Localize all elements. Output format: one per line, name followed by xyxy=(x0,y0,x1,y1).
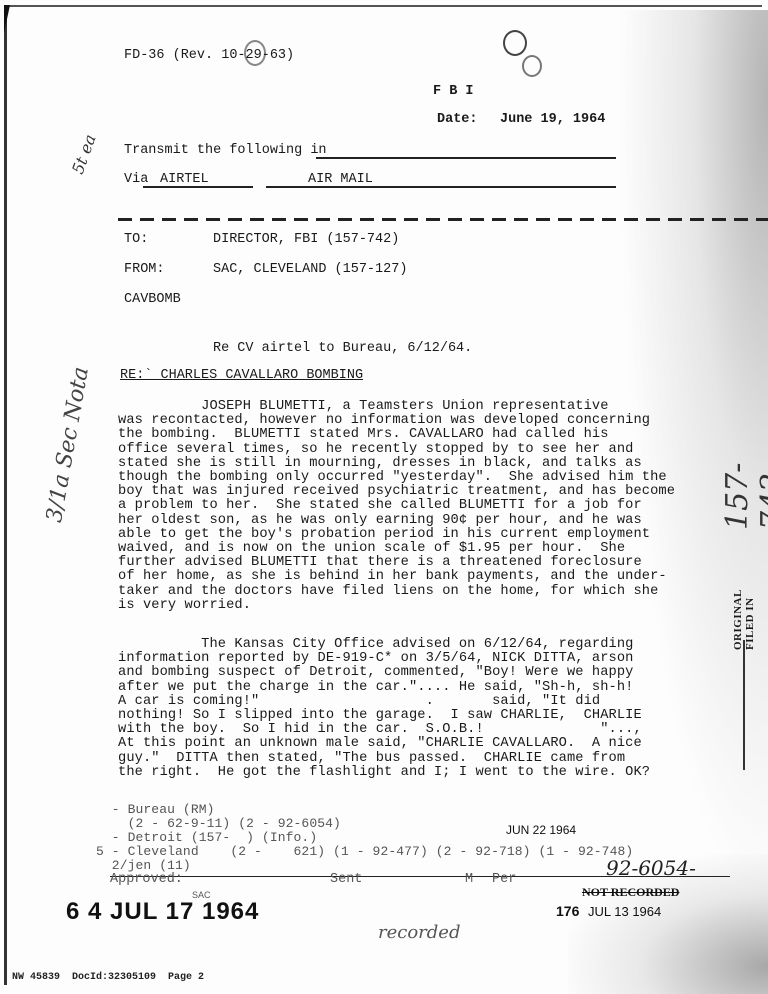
distribution-list: - Bureau (RM) (2 - 62-9-11) (2 - 92-6054… xyxy=(96,803,633,873)
text-line: nothing! So I slipped into the garage. I… xyxy=(118,709,650,723)
text-line: JOSEPH BLUMETTI, a Teamsters Union repre… xyxy=(118,400,675,414)
text-line: boy that was injured received psychiatri… xyxy=(118,485,675,499)
recorded-date: JUL 13 1964 xyxy=(588,904,661,919)
text-line: office several times, so he recently sto… xyxy=(118,443,675,457)
code-name: CAVBOMB xyxy=(124,292,181,307)
body-paragraph-1: JOSEPH BLUMETTI, a Teamsters Union repre… xyxy=(118,400,675,613)
date-value: June 19, 1964 xyxy=(500,112,605,127)
date-label: Date: xyxy=(437,112,478,127)
body-paragraph-2: The Kansas City Office advised on 6/12/6… xyxy=(118,638,650,780)
text-line: waived, and is now on the union scale of… xyxy=(118,542,675,556)
text-line: the bombing. BLUMETTI stated Mrs. CAVALL… xyxy=(118,428,675,442)
page-left-edge xyxy=(4,5,7,985)
reference-line: Re CV airtel to Bureau, 6/12/64. xyxy=(213,341,472,356)
text-line: though the bombing only occurred "yester… xyxy=(118,471,675,485)
via-mail: AIR MAIL xyxy=(308,172,373,187)
text-line: a problem to her. She stated she called … xyxy=(118,499,675,513)
mail-line xyxy=(266,186,616,188)
text-line: A car is coming!" . said, "It did xyxy=(118,695,650,709)
form-number: FD-36 (Rev. 10-29-63) xyxy=(124,48,294,63)
from-label: FROM: xyxy=(124,262,165,277)
via-line xyxy=(143,186,253,188)
text-line: able to get the boy's probation period i… xyxy=(118,528,675,542)
document-identifier: NW 45839 DocId:32305109 Page 2 xyxy=(12,972,204,983)
subject-line: RE:` CHARLES CAVALLARO BOMBING xyxy=(120,368,363,383)
from-value: SAC, CLEVELAND (157-127) xyxy=(213,262,407,277)
sent-label: Sent xyxy=(330,872,362,887)
handwritten-recorded: recorded xyxy=(378,922,460,943)
text-line: further advised BLUMETTI that there is a… xyxy=(118,556,675,570)
per-label: Per xyxy=(492,872,516,887)
handwritten-margin-note: 3/1a Sec Nota xyxy=(42,365,94,524)
text-line: - Bureau (RM) xyxy=(96,803,633,817)
handwritten-file-number: 92-6054- xyxy=(606,856,696,880)
text-line: and bombing suspect of Detroit, commente… xyxy=(118,666,650,680)
text-line: is very worried. xyxy=(118,599,675,613)
text-line: stated she is still in mourning, dresses… xyxy=(118,457,675,471)
sac-mark: SAC xyxy=(192,890,211,900)
received-stamp: JUN 22 1964 xyxy=(506,823,576,837)
text-line: of her home, as she is behind in her ban… xyxy=(118,570,675,584)
recorded-number: 176 xyxy=(556,903,579,919)
transmit-label: Transmit the following in xyxy=(124,143,327,158)
via-label: Via xyxy=(124,172,148,187)
corner-mark xyxy=(4,5,10,33)
not-recorded-stamp: NOT RECORDED xyxy=(582,885,679,900)
vertical-file-number: 157-742-442 xyxy=(720,463,768,530)
text-line: The Kansas City Office advised on 6/12/6… xyxy=(118,638,650,652)
text-line: her oldest son, as he was only earning 9… xyxy=(118,514,675,528)
separator-dashed-line xyxy=(118,218,768,221)
m-label: M xyxy=(465,872,473,887)
text-line: with the boy. So I hid in the car. S.O.B… xyxy=(118,723,650,737)
text-line: information reported by DE-919-C* on 3/5… xyxy=(118,652,650,666)
text-line: taker and the doctors have filed liens o… xyxy=(118,585,675,599)
punch-hole xyxy=(522,55,542,77)
text-line: 2/jen (11) xyxy=(96,859,633,873)
transmit-line xyxy=(316,157,616,159)
agency-label: F B I xyxy=(433,84,474,99)
text-line: guy." DITTA then stated, "The bus passed… xyxy=(118,752,650,766)
via-method: AIRTEL xyxy=(160,172,209,187)
margin-bracket xyxy=(743,640,745,770)
handwritten-initials: 5t ea xyxy=(68,132,100,177)
bottom-left-stamp: 6 4 JUL 17 1964 xyxy=(66,898,259,926)
to-value: DIRECTOR, FBI (157-742) xyxy=(213,232,399,247)
text-line: 5 - Cleveland (2 - 621) (1 - 92-477) (2 … xyxy=(96,845,633,859)
document-page: FD-36 (Rev. 10-29-63) F B I Date: June 1… xyxy=(0,0,768,994)
page-top-edge xyxy=(4,5,762,7)
approved-label: Approved: xyxy=(110,872,183,887)
text-line: was recontacted, however no information … xyxy=(118,414,675,428)
punch-hole xyxy=(503,30,527,56)
text-line: the right. He got the flashlight and I; … xyxy=(118,766,650,780)
text-line: after we put the charge in the car."....… xyxy=(118,681,650,695)
text-line: At this point an unknown male said, "CHA… xyxy=(118,737,650,751)
to-label: TO: xyxy=(124,232,148,247)
